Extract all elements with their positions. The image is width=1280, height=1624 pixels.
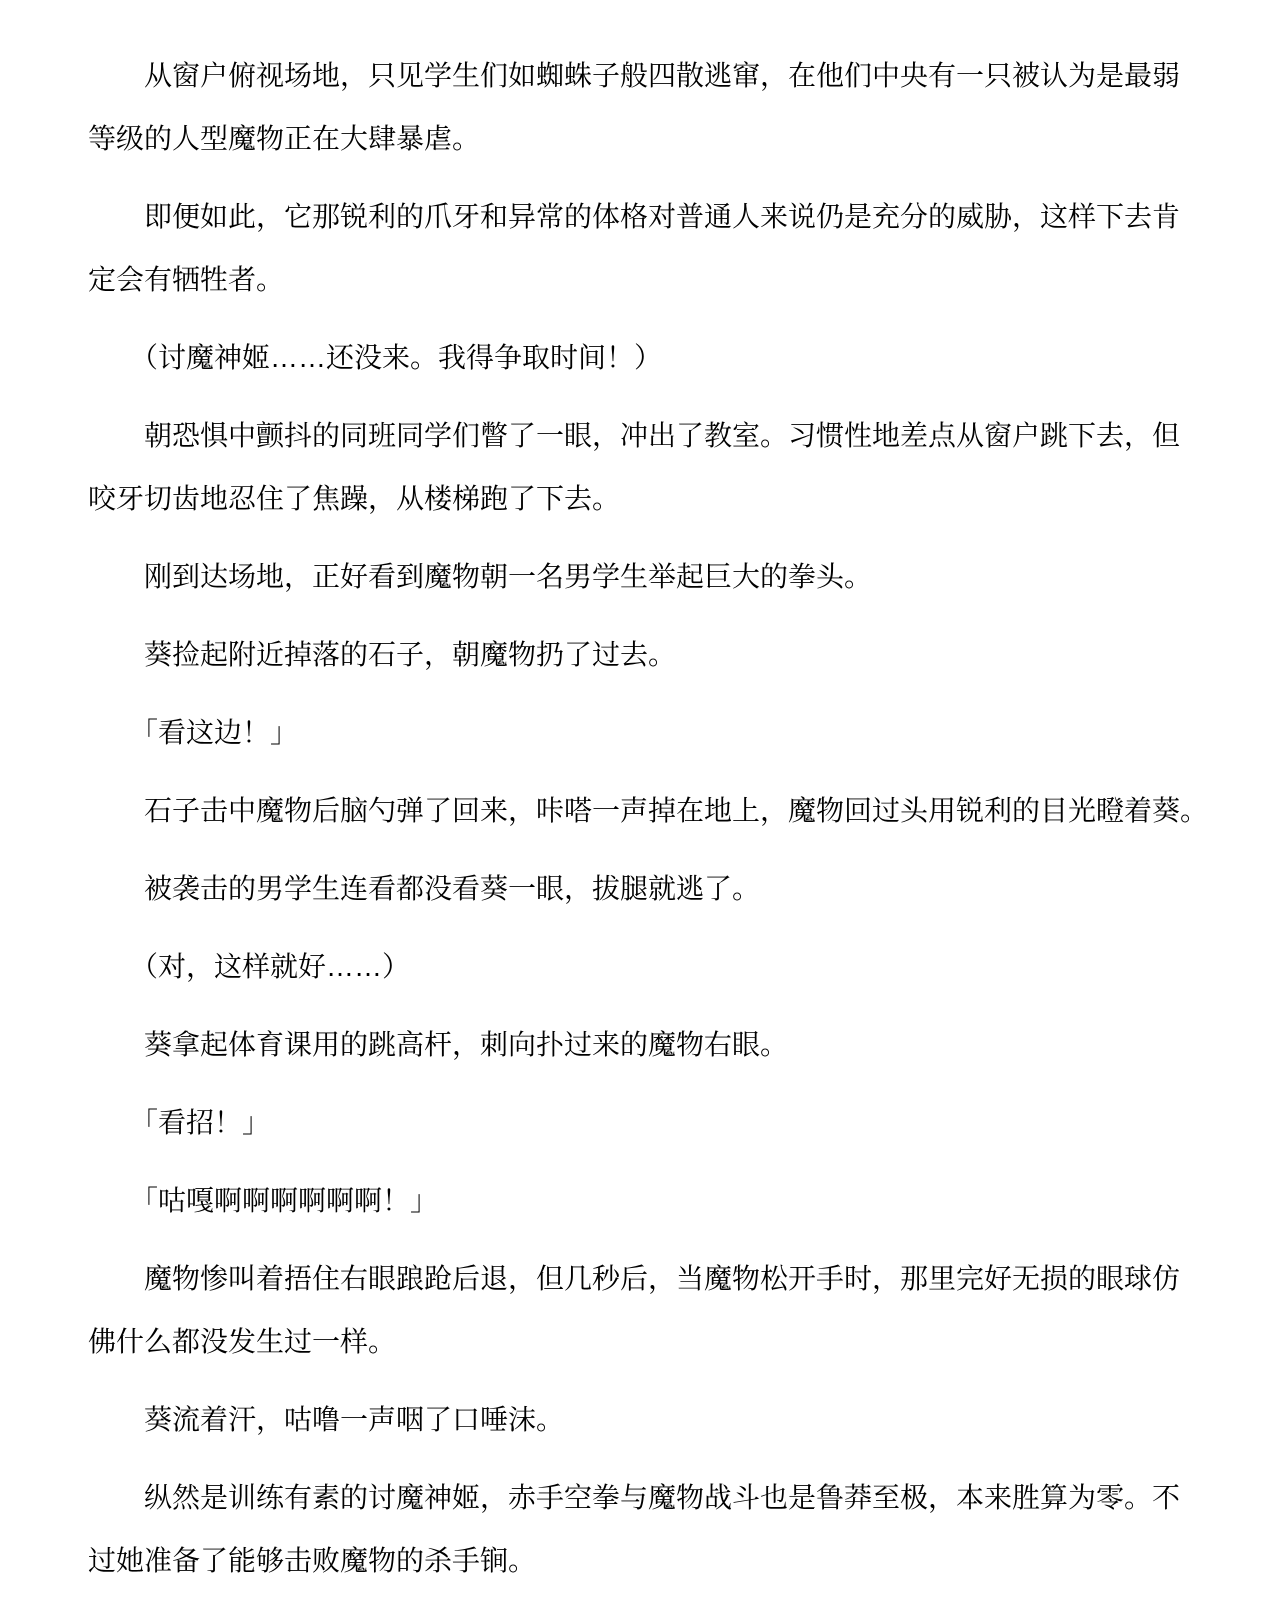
paragraph: 葵捡起附近掉落的石子，朝魔物扔了过去。 [88, 623, 1228, 686]
novel-reader-page: 从窗户俯视场地，只见学生们如蜘蛛子般四散逃窜，在他们中央有一只被认为是最弱 等级… [0, 0, 1280, 1592]
paragraph: 石子击中魔物后脑勺弹了回来，咔嗒一声掉在地上，魔物回过头用锐利的目光瞪着葵。 [88, 779, 1228, 842]
paragraph: 朝恐惧中颤抖的同班同学们瞥了一眼，冲出了教室。习惯性地差点从窗户跳下去，但 咬牙… [88, 404, 1228, 530]
novel-text-body: 从窗户俯视场地，只见学生们如蜘蛛子般四散逃窜，在他们中央有一只被认为是最弱 等级… [88, 44, 1228, 1592]
paragraph: 魔物惨叫着捂住右眼踉跄后退，但几秒后，当魔物松开手时，那里完好无损的眼球仿 佛什… [88, 1247, 1228, 1373]
paragraph: （对，这样就好……） [88, 935, 1228, 998]
paragraph: 被袭击的男学生连看都没看葵一眼，拔腿就逃了。 [88, 857, 1228, 920]
paragraph: 「看招！」 [88, 1091, 1228, 1154]
paragraph: 即便如此，它那锐利的爪牙和异常的体格对普通人来说仍是充分的威胁，这样下去肯 定会… [88, 185, 1228, 311]
paragraph: 纵然是训练有素的讨魔神姬，赤手空拳与魔物战斗也是鲁莽至极，本来胜算为零。不 过她… [88, 1466, 1228, 1592]
paragraph: 从窗户俯视场地，只见学生们如蜘蛛子般四散逃窜，在他们中央有一只被认为是最弱 等级… [88, 44, 1228, 170]
paragraph: 刚到达场地，正好看到魔物朝一名男学生举起巨大的拳头。 [88, 545, 1228, 608]
paragraph: 「看这边！」 [88, 701, 1228, 764]
paragraph: 葵拿起体育课用的跳高杆，刺向扑过来的魔物右眼。 [88, 1013, 1228, 1076]
paragraph: 「咕嘎啊啊啊啊啊啊！」 [88, 1169, 1228, 1232]
paragraph: 葵流着汗，咕噜一声咽了口唾沫。 [88, 1388, 1228, 1451]
paragraph: （讨魔神姬……还没来。我得争取时间！） [88, 326, 1228, 389]
